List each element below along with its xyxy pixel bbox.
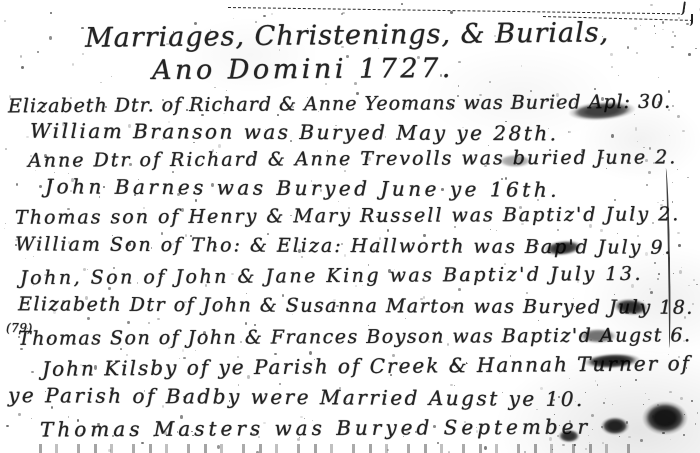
ink-blot [598, 415, 632, 437]
ink-blot [638, 398, 692, 438]
cutoff-line-fragment [25, 444, 635, 453]
register-entry: John Barnes was Buryed June ye 16th. [45, 176, 560, 200]
ink-blot [578, 350, 647, 372]
ruled-line-hook [675, 0, 686, 15]
register-entry: Anne Dtr of Richard & Anne Trevolls was … [28, 148, 677, 170]
register-page-scan: Marriages, Christenings, & Burials, Ano … [0, 0, 700, 453]
register-entry: Thomas Masters was Buryed September [40, 417, 591, 440]
register-heading-line1: Marriages, Christenings, & Burials, [85, 19, 609, 51]
register-entry: William Branson was Buryed May ye 28th. [30, 121, 559, 144]
register-entry: Elizabeth Dtr of John & Susanna Marton w… [18, 295, 694, 318]
ink-blot [575, 327, 621, 345]
ink-blot [609, 295, 653, 319]
register-heading-line2: Ano Domini 1727. [152, 55, 454, 84]
ink-blot [556, 428, 582, 444]
register-entry: ye Parish of Badby were Married Augst ye… [8, 385, 585, 409]
ruled-line-top [228, 7, 680, 14]
ink-blot [495, 153, 535, 169]
